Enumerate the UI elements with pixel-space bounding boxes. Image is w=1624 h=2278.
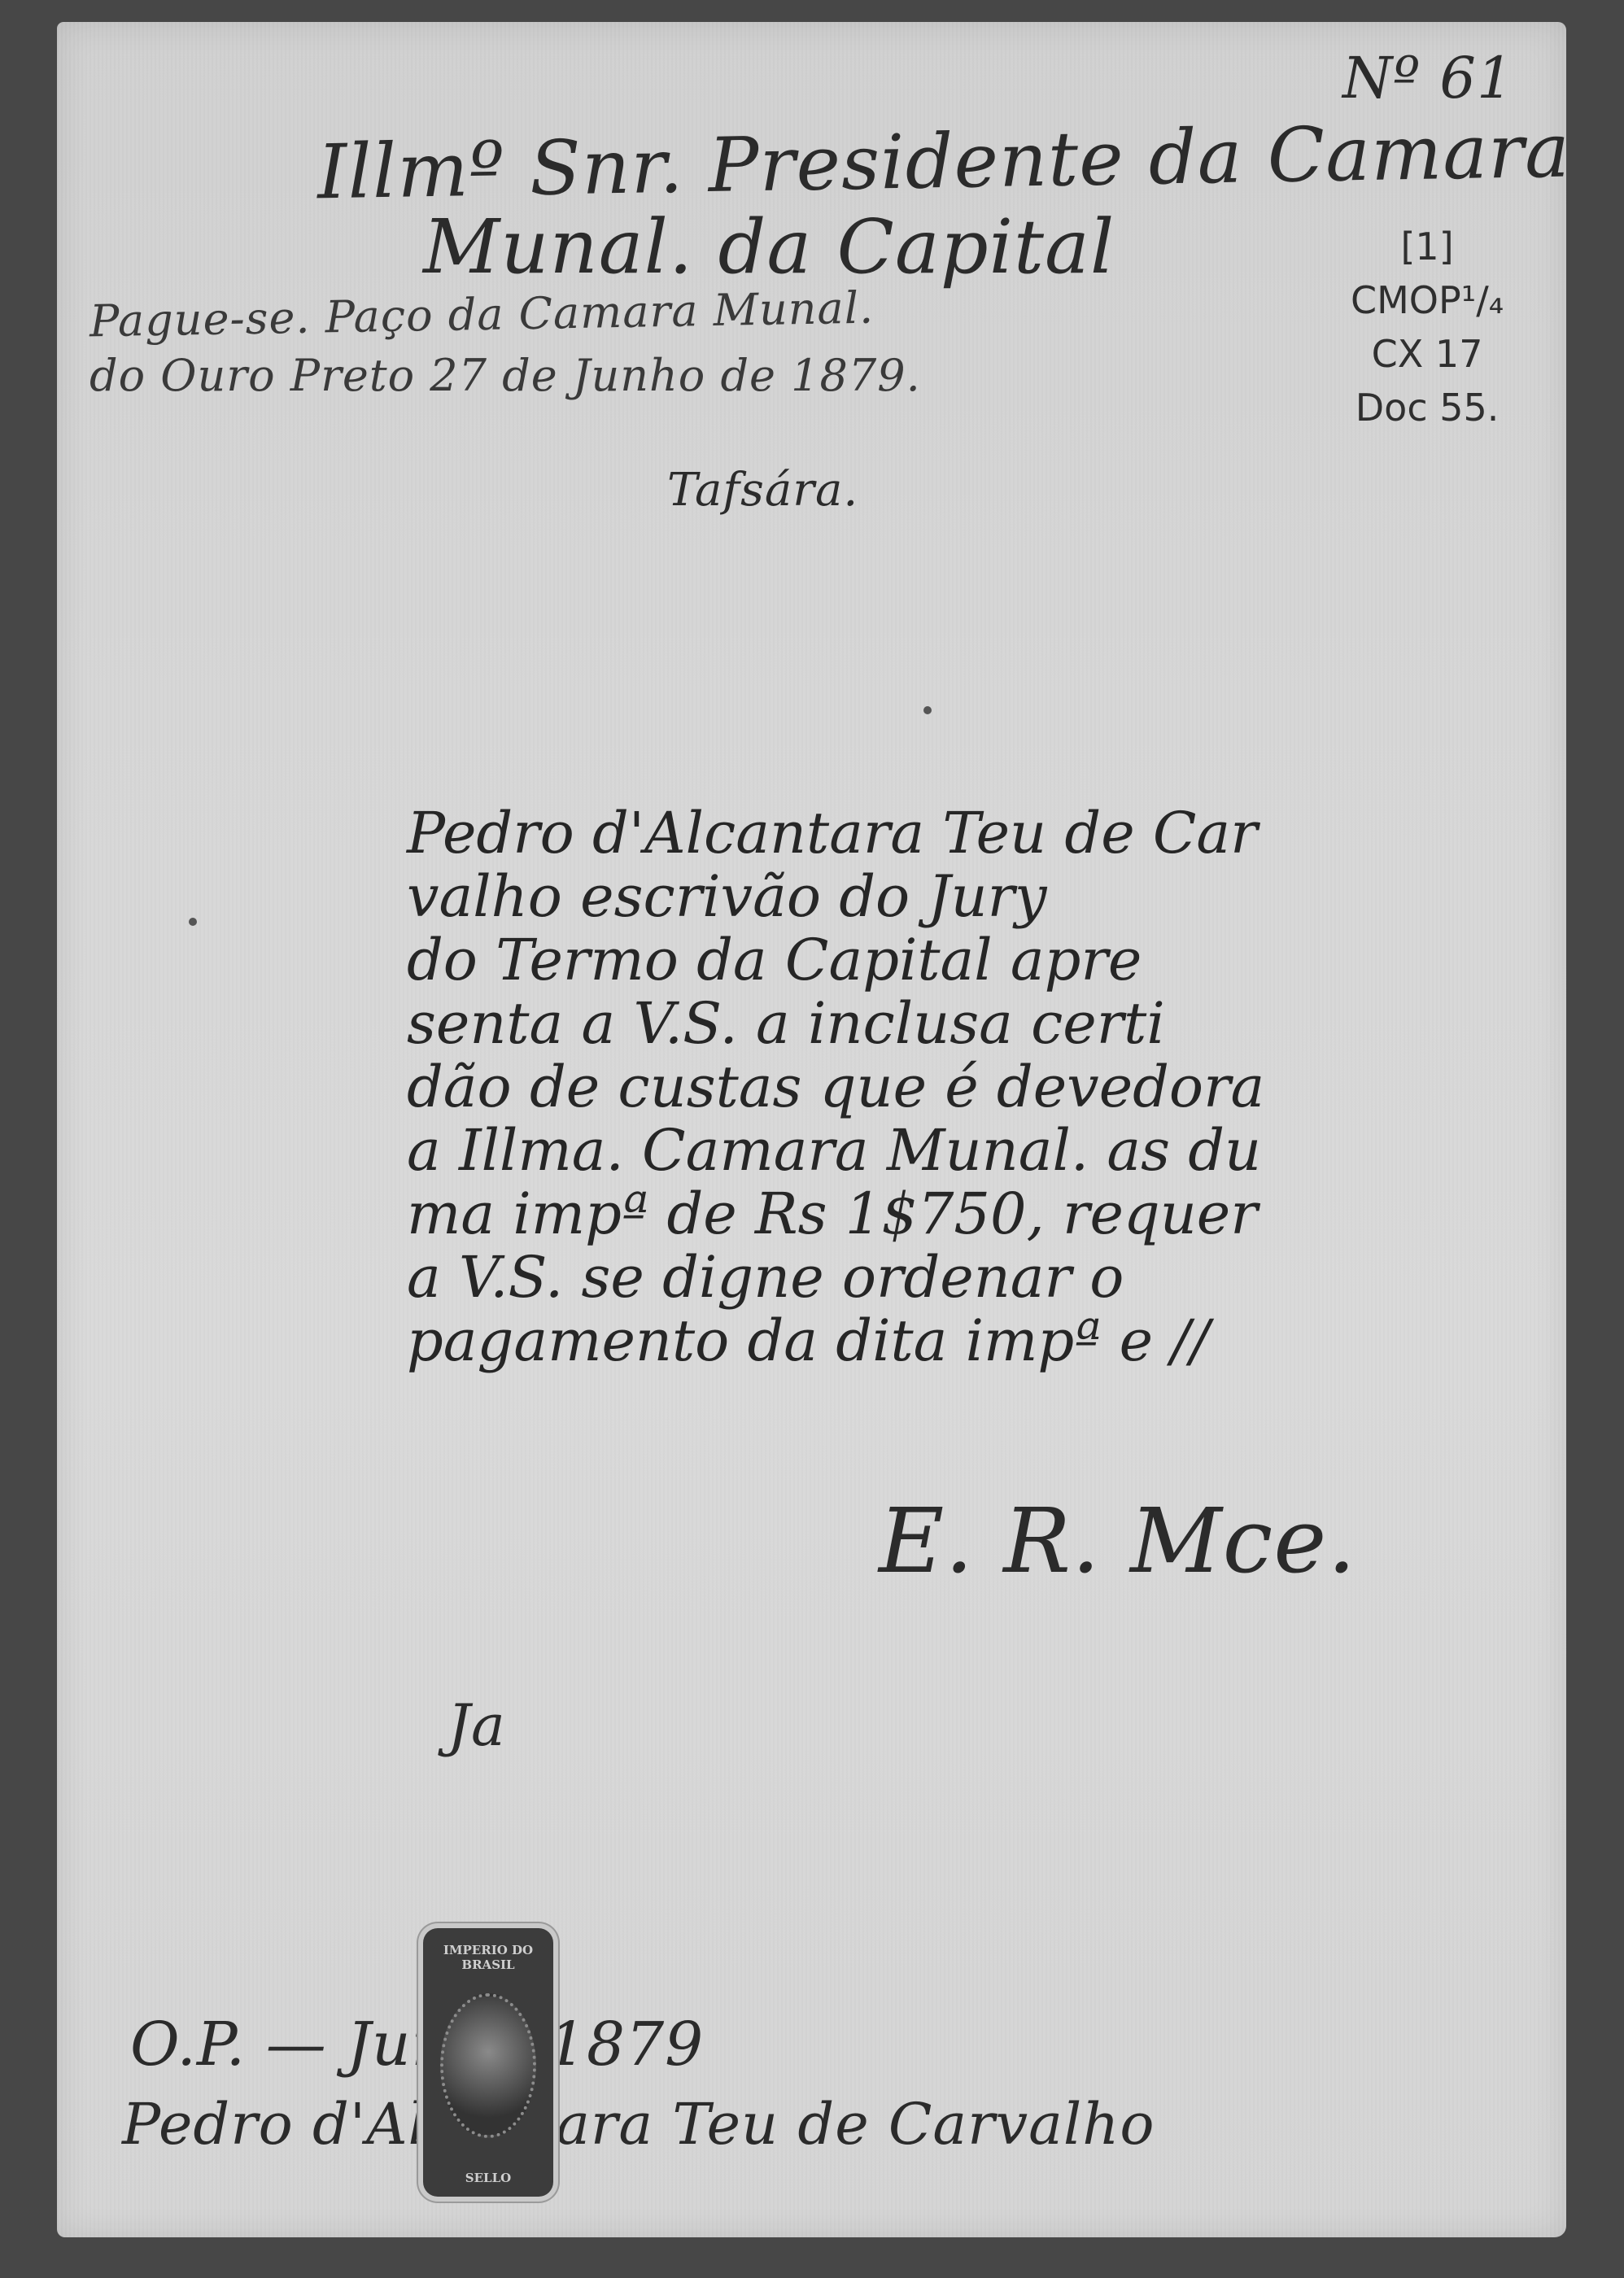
- revenue-stamp: IMPERIO DO BRASIL SELLO: [423, 1928, 553, 2197]
- body-line: ma impª de Rs 1$750, requer: [407, 1182, 1562, 1246]
- petition-body: Pedro d'Alcantara Teu de Car valho escri…: [407, 801, 1562, 1372]
- body-line: pagamento da dita impª e //: [407, 1309, 1562, 1372]
- stamp-portrait-icon: [440, 1993, 536, 2138]
- body-line: Pedro d'Alcantara Teu de Car: [407, 801, 1562, 865]
- ink-spot: [189, 918, 197, 926]
- despacho-signature: Tafsára.: [667, 464, 858, 517]
- address-line-2: Munal. da Capital: [423, 203, 1115, 290]
- archive-label: [1] CMOP¹/₄ CX 17 Doc 55.: [1351, 220, 1504, 434]
- stamp-top-text: IMPERIO DO BRASIL: [423, 1943, 553, 1972]
- initials: Ja: [447, 1692, 506, 1759]
- ink-spot: [923, 706, 932, 714]
- body-line: dão de custas que é devedora: [407, 1055, 1562, 1119]
- document-number: Nº 61: [1342, 45, 1514, 111]
- stamp-bottom-text: SELLO: [423, 2171, 553, 2185]
- footer-signature: Pedro d'Alcantara Teu de Carvalho: [122, 2091, 1155, 2158]
- closing-formula: E. R. Mce.: [879, 1489, 1356, 1593]
- archive-fund: CMOP¹/₄: [1351, 273, 1504, 327]
- archive-box: CX 17: [1351, 327, 1504, 381]
- body-line: a V.S. se digne ordenar o: [407, 1246, 1562, 1309]
- body-line: senta a V.S. a inclusa certi: [407, 992, 1562, 1055]
- footer-date: O.P. — Junho 1879: [130, 2010, 704, 2079]
- despacho-line-2: do Ouro Preto 27 de Junho de 1879.: [89, 350, 921, 401]
- body-line: a Illma. Camara Munal. as du: [407, 1119, 1562, 1182]
- body-line: valho escrivão do Jury: [407, 865, 1562, 928]
- archive-doc: Doc 55.: [1351, 381, 1504, 434]
- archive-ref: [1]: [1351, 220, 1504, 273]
- body-line: do Termo da Capital apre: [407, 928, 1562, 992]
